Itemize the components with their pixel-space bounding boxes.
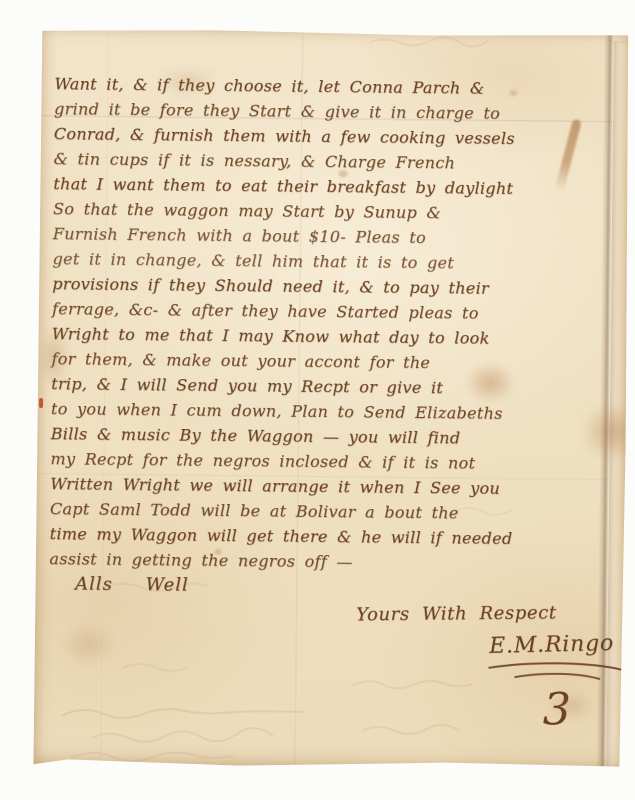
red-edge-mark (39, 398, 43, 408)
letter-photograph: Want it, & if they choose it, let Conna … (0, 0, 635, 800)
letter-closing: Yours With Respect (319, 602, 594, 626)
flourish-numeral: 3 (543, 684, 572, 735)
letter-sheet: Want it, & if they choose it, let Conna … (32, 27, 630, 771)
letter-text: Want it, & if they choose it, let Conna … (49, 71, 606, 602)
paper-stain (61, 623, 115, 666)
paper-stain (549, 690, 593, 720)
second-leaf-edge (606, 41, 630, 769)
signature-flourish: 3 (481, 660, 632, 744)
signature: E.M.Ringo (461, 630, 635, 659)
